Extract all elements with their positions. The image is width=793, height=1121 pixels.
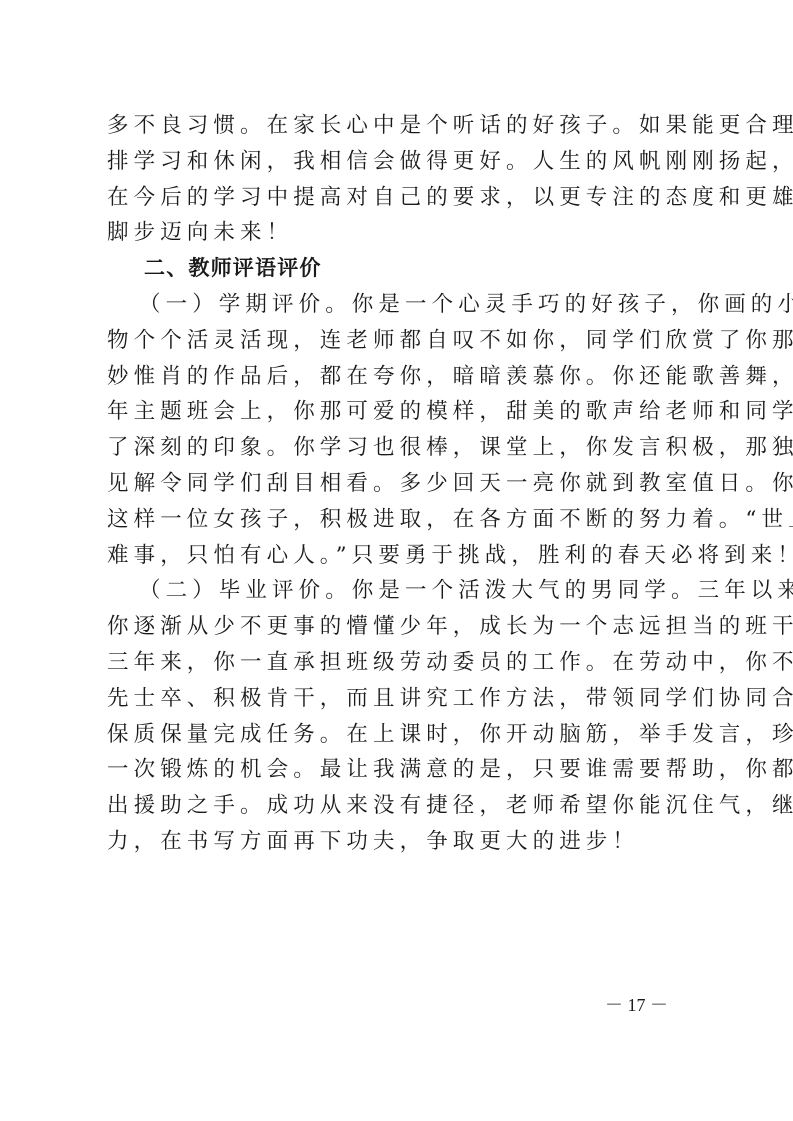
text-line: 年主题班会上，你那可爱的模样，甜美的歌声给老师和同学留下 [107, 394, 695, 430]
text-line: （一）学期评价。你是一个心灵手巧的好孩子，你画的小动 [107, 287, 695, 323]
text-line: 力，在书写方面再下功夫，争取更大的进步！ [107, 824, 695, 860]
text-line: 脚步迈向未来！ [107, 215, 695, 251]
text-line: 你逐渐从少不更事的懵懂少年，成长为一个志远担当的班干部。 [107, 609, 695, 645]
text-line: 了深刻的印象。你学习也很棒，课堂上，你发言积极，那独到的 [107, 430, 695, 466]
text-line: 在今后的学习中提高对自己的要求，以更专注的态度和更雄健的 [107, 180, 695, 216]
page-number: － 17 － [605, 990, 685, 1020]
text-line: 难事，只怕有心人。”只要勇于挑战，胜利的春天必将到来！ [107, 538, 695, 574]
text-line: 出援助之手。成功从来没有捷径，老师希望你能沉住气，继续努 [107, 788, 695, 824]
graduation-evaluation-paragraph: （二）毕业评价。你是一个活泼大气的男同学。三年以来， 你逐渐从少不更事的懵懂少年… [107, 573, 695, 859]
text-line: 一次锻炼的机会。最让我满意的是，只要谁需要帮助，你都会伸 [107, 752, 695, 788]
text-line: 保质保量完成任务。在上课时，你开动脑筋，举手发言，珍惜每 [107, 717, 695, 753]
body-text: 多不良习惯。在家长心中是个听话的好孩子。如果能更合理地安 排学习和休闲，我相信会… [107, 108, 695, 860]
text-line: 先士卒、积极肯干，而且讲究工作方法，带领同学们协同合作， [107, 681, 695, 717]
text-line: （二）毕业评价。你是一个活泼大气的男同学。三年以来， [107, 573, 695, 609]
text-line: 排学习和休闲，我相信会做得更好。人生的风帆刚刚扬起，我将 [107, 144, 695, 180]
text-line: 见解令同学们刮目相看。多少回天一亮你就到教室值日。你就是 [107, 466, 695, 502]
text-line: 物个个活灵活现，连老师都自叹不如你，同学们欣赏了你那幅惟 [107, 323, 695, 359]
text-line: 妙惟肖的作品后，都在夸你，暗暗羡慕你。你还能歌善舞，在新 [107, 359, 695, 395]
document-page: 多不良习惯。在家长心中是个听话的好孩子。如果能更合理地安 排学习和休闲，我相信会… [0, 0, 793, 1121]
text-line: 三年来，你一直承担班级劳动委员的工作。在劳动中，你不但身 [107, 645, 695, 681]
section-heading: 二、教师评语评价 [107, 251, 695, 287]
paragraph-continuation: 多不良习惯。在家长心中是个听话的好孩子。如果能更合理地安 排学习和休闲，我相信会… [107, 108, 695, 251]
semester-evaluation-paragraph: （一）学期评价。你是一个心灵手巧的好孩子，你画的小动 物个个活灵活现，连老师都自… [107, 287, 695, 573]
text-line: 多不良习惯。在家长心中是个听话的好孩子。如果能更合理地安 [107, 108, 695, 144]
text-line: 这样一位女孩子，积极进取，在各方面不断的努力着。“世上无 [107, 502, 695, 538]
